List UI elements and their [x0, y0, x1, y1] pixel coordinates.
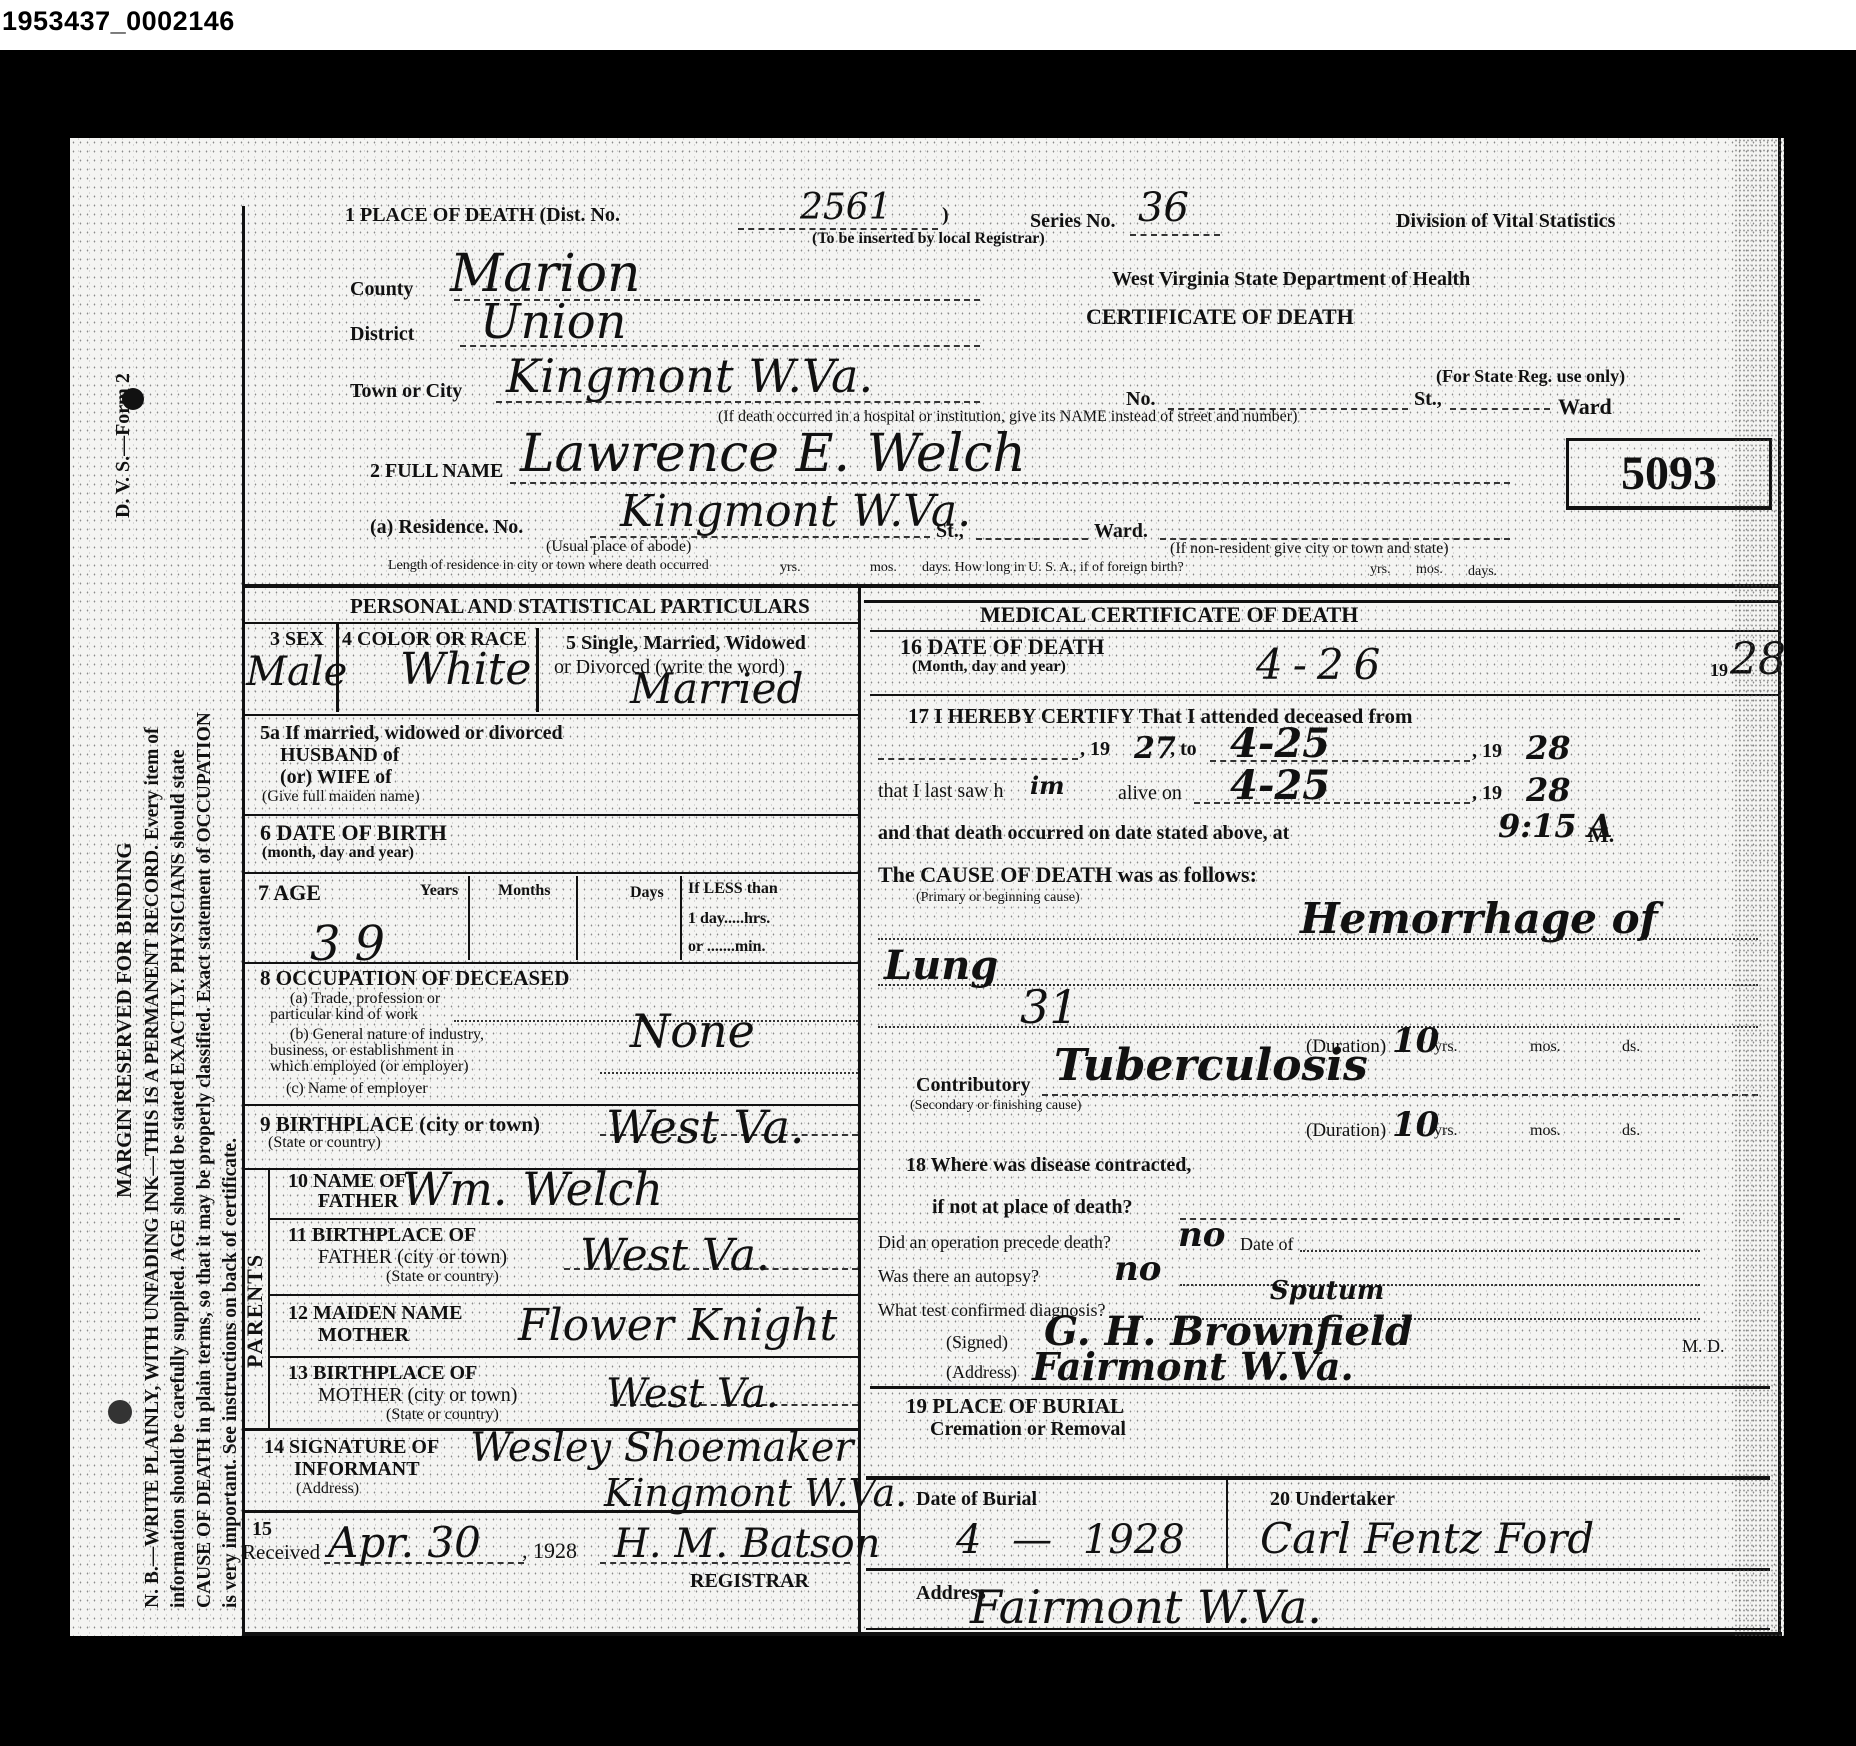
primary-cause-label: (Primary or beginning cause): [916, 890, 1080, 906]
burial-label-1: 19 PLACE OF BURIAL: [906, 1394, 1124, 1419]
undertaker-value[interactable]: Carl Fentz Ford: [1260, 1518, 1594, 1560]
series-no-label: Series No.: [1030, 210, 1116, 233]
contracted-label-2: if not at place of death?: [932, 1196, 1133, 1219]
death-certificate: MARGIN RESERVED FOR BINDING D. V. S.—For…: [70, 138, 1784, 1636]
signed-label: (Signed): [946, 1332, 1008, 1353]
cause-label: The CAUSE OF DEATH was as follows:: [878, 862, 1257, 888]
primary-cause-value-1[interactable]: Hemorrhage of: [1300, 898, 1658, 940]
occupation-b-3: which employed (or employer): [270, 1058, 469, 1076]
occupation-label: 8 OCCUPATION OF DECEASED: [260, 966, 569, 991]
contracted-label-1: 18 Where was disease contracted,: [906, 1154, 1191, 1177]
dist-no-note: (To be inserted by local Registrar): [812, 230, 1045, 248]
less-hrs-label: 1 day.....hrs.: [688, 910, 770, 928]
residence-label: (a) Residence. No.: [370, 516, 523, 539]
personal-section-title: PERSONAL AND STATISTICAL PARTICULARS: [350, 594, 810, 619]
contributory-duration-label: (Duration): [1306, 1120, 1386, 1142]
mother-name-value[interactable]: Flower Knight: [518, 1304, 837, 1348]
mother-birthplace-label-1: 13 BIRTHPLACE OF: [288, 1362, 477, 1385]
date-of-burial-label: Date of Burial: [916, 1488, 1037, 1511]
primary-duration-ds-label: ds.: [1622, 1038, 1640, 1056]
birthplace-value[interactable]: West Va.: [606, 1104, 805, 1150]
mother-birthplace-label-2: MOTHER (city or town): [318, 1384, 517, 1407]
certificate-title: CERTIFICATE OF DEATH: [1086, 304, 1354, 330]
burial-label-2: Cremation or Removal: [930, 1418, 1126, 1441]
physician-address-value[interactable]: Fairmont W.Va.: [1032, 1348, 1354, 1386]
age-months-label: Months: [498, 882, 550, 900]
dod-sublabel: (Month, day and year): [912, 658, 1066, 676]
residence-st-label: St.,: [936, 520, 964, 543]
county-label: County: [350, 278, 413, 301]
sex-value[interactable]: Male: [246, 652, 347, 692]
to-label: , to: [1170, 738, 1197, 761]
contributory-duration-yrs[interactable]: 10: [1392, 1108, 1439, 1142]
abode-note: (Usual place of abode): [546, 538, 691, 556]
margin-instruction-line-2: information should be carefully supplied…: [168, 749, 190, 1608]
department-title: West Virginia State Department of Health: [1112, 268, 1470, 291]
seal-icon: [122, 388, 144, 410]
informant-label-1: 14 SIGNATURE OF: [264, 1436, 439, 1459]
physician-address-label: (Address): [946, 1362, 1017, 1383]
county-value[interactable]: Marion: [450, 248, 641, 300]
operation-date-label: Date of: [1240, 1234, 1293, 1255]
town-value[interactable]: Kingmont W.Va.: [506, 353, 873, 399]
length-residence-note: Length of residence in city or town wher…: [388, 558, 709, 574]
length-yrs-label: yrs.: [780, 560, 801, 576]
mother-name-label-1: 12 MAIDEN NAME: [288, 1302, 462, 1325]
ward-label: Ward: [1558, 394, 1612, 420]
informant-label-3: (Address): [296, 1480, 359, 1498]
age-days-label: Days: [630, 884, 664, 902]
sex-label: 3 SEX: [270, 628, 324, 651]
registrar-name-value[interactable]: H. M. Batson: [614, 1524, 880, 1564]
attended-from-year-prefix: , 19: [1080, 738, 1110, 761]
ward-line: [1450, 408, 1550, 410]
primary-duration-yrs[interactable]: 10: [1392, 1024, 1439, 1058]
town-label: Town or City: [350, 380, 462, 403]
series-no-value[interactable]: 36: [1138, 188, 1189, 228]
age-years-value[interactable]: 39: [310, 920, 399, 968]
attended-to-value[interactable]: 4-25: [1230, 724, 1330, 764]
father-birthplace-sublabel: (State or country): [386, 1268, 499, 1286]
state-reg-note: (For State Reg. use only): [1436, 366, 1625, 387]
received-year: , 1928: [522, 1538, 577, 1564]
informant-label-2: INFORMANT: [294, 1458, 420, 1481]
contributory-duration-yrs-label: yrs.: [1434, 1122, 1458, 1140]
md-label: M. D.: [1682, 1336, 1725, 1357]
father-name-label-2: FATHER: [318, 1190, 398, 1213]
received-date-value[interactable]: Apr. 30: [328, 1522, 481, 1564]
dod-label: 16 DATE OF DEATH: [900, 634, 1104, 660]
margin-instruction-line-3: CAUSE OF DEATH in plain terms, so that i…: [194, 712, 216, 1608]
parents-label: PARENTS: [242, 1253, 268, 1368]
occupation-c: (c) Name of employer: [286, 1080, 428, 1098]
dod-value[interactable]: 4-26: [1256, 644, 1390, 686]
primary-duration-yrs-label: yrs.: [1434, 1038, 1458, 1056]
state-reg-number-box: 5093: [1566, 438, 1772, 510]
father-name-value[interactable]: Wm. Welch: [402, 1166, 663, 1212]
contributory-sublabel: (Secondary or finishing cause): [910, 1098, 1081, 1114]
birthplace-sublabel: (State or country): [268, 1134, 381, 1152]
informant-address-value[interactable]: Kingmont W.Va.: [604, 1474, 907, 1512]
operation-value[interactable]: no: [1178, 1218, 1225, 1252]
dist-no-value[interactable]: 2561: [800, 190, 892, 226]
dob-label: 6 DATE OF BIRTH: [260, 820, 447, 846]
state-reg-number: 5093: [1621, 446, 1717, 501]
operation-label: Did an operation precede death?: [878, 1232, 1111, 1253]
marital-label-1: 5 Single, Married, Widowed: [566, 632, 806, 655]
contributory-duration-ds-label: ds.: [1622, 1122, 1640, 1140]
margin-instruction-line-1: N. B.—WRITE PLAINLY, WITH UNFADING INK—T…: [142, 728, 164, 1609]
marital-value[interactable]: Married: [630, 668, 803, 710]
seal-icon: [108, 1400, 132, 1424]
mother-birthplace-value[interactable]: West Va.: [606, 1374, 779, 1414]
attended-to-year-prefix: , 19: [1472, 740, 1502, 763]
division-title: Division of Vital Statistics: [1396, 210, 1615, 233]
undertaker-address-value[interactable]: Fairmont W.Va.: [970, 1584, 1322, 1630]
length-mos-label: mos.: [870, 560, 897, 576]
alive-on-label: alive on: [1118, 782, 1182, 805]
undertaker-label: 20 Undertaker: [1270, 1488, 1395, 1511]
margin-instruction-line-4: is very important. See instructions on b…: [220, 1138, 242, 1608]
full-name-label: 2 FULL NAME: [370, 460, 503, 483]
file-id-label: 1953437_0002146: [2, 6, 235, 37]
autopsy-value[interactable]: no: [1114, 1252, 1161, 1286]
father-birthplace-value[interactable]: West Va.: [580, 1234, 770, 1278]
residence-st-line: [976, 538, 1088, 540]
occupation-a-2: particular kind of work: [270, 1006, 418, 1024]
last-saw-pronoun[interactable]: im: [1030, 774, 1065, 798]
mother-name-label-2: MOTHER: [318, 1324, 409, 1347]
form-left-border: [242, 206, 245, 1636]
spouse-label-4: (Give full maiden name): [262, 788, 420, 806]
occupation-value[interactable]: None: [630, 1008, 755, 1054]
street-label: St.,: [1414, 388, 1442, 411]
dob-sublabel: (month, day and year): [262, 844, 414, 862]
less-min-label: or .......min.: [688, 938, 765, 956]
spouse-label-2: HUSBAND of: [280, 744, 399, 767]
last-saw-year[interactable]: 28: [1526, 774, 1571, 806]
last-saw-year-prefix: , 19: [1472, 782, 1502, 805]
date-of-burial-value[interactable]: 4 — 1928: [956, 1520, 1185, 1560]
margin-binding-note: MARGIN RESERVED FOR BINDING: [112, 842, 137, 1198]
death-time-suffix: M.: [1588, 822, 1614, 848]
place-of-death-label: 1 PLACE OF DEATH (Dist. No.: [345, 204, 620, 227]
primary-cause-value-3[interactable]: 31: [1020, 984, 1079, 1030]
primary-cause-value-2[interactable]: Lung: [884, 946, 998, 986]
informant-value[interactable]: Wesley Shoemaker: [470, 1428, 854, 1468]
received-label: Received: [242, 1540, 320, 1565]
full-name-value[interactable]: Lawrence E. Welch: [520, 428, 1026, 480]
spouse-label-1: 5a If married, widowed or divorced: [260, 722, 563, 745]
certify-label: 17 I HEREBY CERTIFY That I attended dece…: [908, 704, 1412, 729]
age-years-label: Years: [420, 882, 458, 900]
last-saw-date[interactable]: 4-25: [1230, 766, 1330, 806]
foreign-birth-note: days. How long in U. S. A., if of foreig…: [922, 560, 1184, 576]
father-birthplace-label-1: 11 BIRTHPLACE OF: [288, 1224, 476, 1247]
form-right-border: [1778, 138, 1781, 1636]
test-value[interactable]: Sputum: [1270, 1278, 1384, 1304]
usa-days-label: days.: [1468, 564, 1497, 580]
contributory-label: Contributory: [916, 1074, 1030, 1097]
series-no-line: [1130, 234, 1220, 236]
father-birthplace-label-2: FATHER (city or town): [318, 1246, 507, 1269]
nonresident-note: (If non-resident give city or town and s…: [1170, 540, 1449, 558]
attended-to-year[interactable]: 28: [1526, 732, 1571, 764]
registrar-label: REGISTRAR: [690, 1570, 809, 1593]
district-value[interactable]: Union: [480, 298, 627, 346]
dod-year-prefix: 19: [1710, 660, 1728, 681]
mother-birthplace-sublabel: (State or country): [386, 1406, 499, 1424]
contributory-duration-mos-label: mos.: [1530, 1122, 1561, 1140]
usa-mos-label: mos.: [1416, 562, 1443, 578]
autopsy-label: Was there an autopsy?: [878, 1266, 1039, 1287]
death-time-label: and that death occurred on date stated a…: [878, 822, 1289, 845]
contributory-cause-value[interactable]: Tuberculosis: [1054, 1044, 1368, 1088]
header-divider: [242, 584, 1778, 588]
primary-duration-mos-label: mos.: [1530, 1038, 1561, 1056]
race-value[interactable]: White: [400, 648, 531, 692]
received-number: 15: [252, 1518, 272, 1541]
last-saw-label: that I last saw h: [878, 780, 1004, 803]
dod-year-value[interactable]: 28: [1730, 638, 1786, 682]
spouse-label-3: (or) WIFE of: [280, 766, 392, 789]
usa-yrs-label: yrs.: [1370, 562, 1391, 578]
less-than-label: If LESS than: [688, 880, 778, 898]
residence-value[interactable]: Kingmont W.Va.: [620, 490, 971, 534]
age-label: 7 AGE: [258, 880, 321, 906]
medical-section-title: MEDICAL CERTIFICATE OF DEATH: [980, 602, 1358, 628]
residence-ward-label: Ward.: [1094, 520, 1148, 543]
district-label: District: [350, 323, 414, 346]
